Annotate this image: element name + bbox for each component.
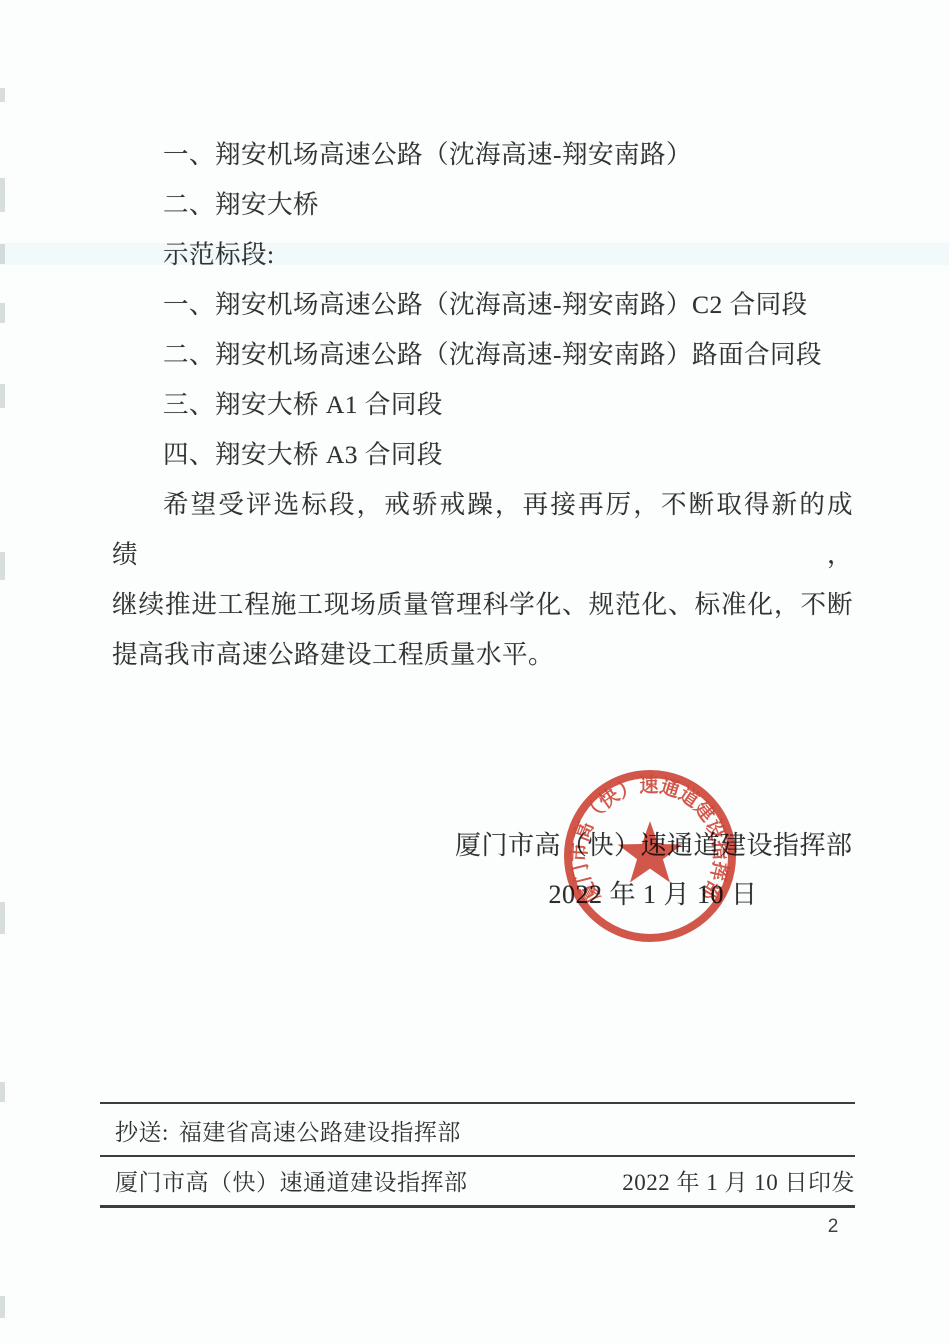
section-heading: 示范标段: — [112, 230, 853, 280]
paragraph-line: 提高我市高速公路建设工程质量水平。 — [112, 630, 853, 680]
scan-artifact — [0, 902, 5, 934]
scan-artifact — [0, 88, 5, 102]
document-page: 一、翔安机场高速公路（沈海高速-翔安南路） 二、翔安大桥 示范标段: 一、翔安机… — [0, 0, 949, 1344]
list-item: 一、翔安机场高速公路（沈海高速-翔安南路） — [112, 130, 853, 180]
footer-divider — [100, 1205, 855, 1208]
footer-divider — [100, 1155, 855, 1157]
cc-value: 福建省高速公路建设指挥部 — [179, 1120, 461, 1145]
list-item: 四、翔安大桥 A3 合同段 — [112, 430, 853, 480]
signature-block: 厦门市高（快）速通道建设指挥部 2022 年 1 月 10 日 — [455, 821, 851, 919]
scan-artifact — [0, 1296, 5, 1318]
footer-divider — [100, 1102, 855, 1104]
document-body: 一、翔安机场高速公路（沈海高速-翔安南路） 二、翔安大桥 示范标段: 一、翔安机… — [112, 130, 853, 680]
footer-issue-row: 厦门市高（快）速通道建设指挥部 2022 年 1 月 10 日印发 — [115, 1166, 855, 1200]
list-item: 三、翔安大桥 A1 合同段 — [112, 380, 853, 430]
page-number: 2 — [818, 1216, 848, 1238]
scan-artifact — [0, 303, 5, 323]
footer-print-date: 2022 年 1 月 10 日印发 — [622, 1166, 855, 1200]
scan-artifact — [0, 384, 5, 408]
footer-issuer: 厦门市高（快）速通道建设指挥部 — [115, 1166, 468, 1200]
footer-cc-row: 抄送:福建省高速公路建设指挥部 — [115, 1116, 461, 1150]
scan-artifact — [0, 552, 5, 580]
list-item: 一、翔安机场高速公路（沈海高速-翔安南路）C2 合同段 — [112, 280, 853, 330]
scan-artifact — [0, 244, 5, 264]
signature-date: 2022 年 1 月 10 日 — [455, 870, 851, 919]
cc-label: 抄送: — [115, 1120, 169, 1145]
scan-artifact — [0, 178, 5, 212]
paragraph-line: 希望受评选标段，戒骄戒躁，再接再厉，不断取得新的成绩， — [112, 480, 853, 580]
scan-artifact — [0, 1082, 5, 1102]
paragraph-line: 继续推进工程施工现场质量管理科学化、规范化、标准化，不断 — [112, 580, 853, 630]
list-item: 二、翔安机场高速公路（沈海高速-翔安南路）路面合同段 — [112, 330, 853, 380]
signature-issuer: 厦门市高（快）速通道建设指挥部 — [455, 821, 851, 870]
list-item: 二、翔安大桥 — [112, 180, 853, 230]
